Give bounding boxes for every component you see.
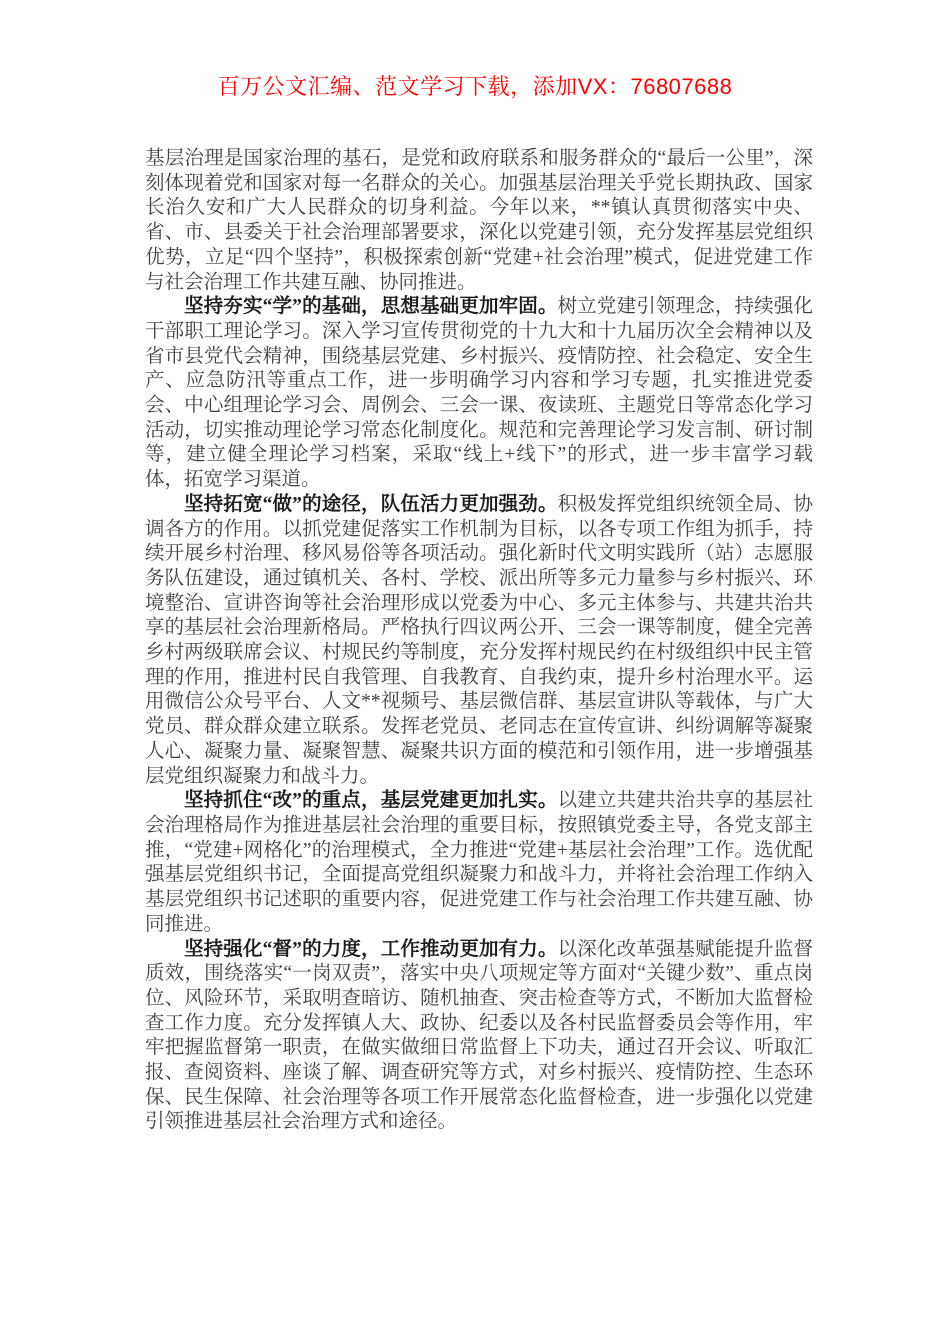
promo-banner-text: 百万公文汇编、范文学习下载，添加VX：76807688: [0, 70, 950, 101]
paragraph-text: 以深化改革强基赋能提升监督质效，围绕落实“一岗双责”，落实中央八项规定等方面对“…: [145, 939, 813, 1133]
paragraph-text: 以建立共建共治共享的基层社会治理格局作为推进基层社会治理的重要目标，按照镇党委主…: [145, 790, 813, 935]
paragraph-supervise: 坚持强化“督”的力度，工作推动更加有力。以深化改革强基赋能提升监督质效，围绕落实…: [145, 938, 813, 1136]
document-body: 基层治理是国家治理的基石，是党和政府联系和服务群众的“最后一公里”，深刻体现着党…: [145, 147, 813, 1135]
paragraph-learn: 坚持夯实“学”的基础，思想基础更加牢固。树立党建引领理念，持续强化干部职工理论学…: [145, 295, 813, 493]
paragraph-text: 树立党建引领理念，持续强化干部职工理论学习。深入学习宣传贯彻党的十九大和十九届历…: [145, 296, 813, 490]
paragraph-do: 坚持拓宽“做”的途径，队伍活力更加强劲。积极发挥党组织统领全局、协调各方的作用。…: [145, 493, 813, 789]
document-page: 百万公文汇编、范文学习下载，添加VX：76807688 基层治理是国家治理的基石…: [0, 0, 950, 1344]
paragraph-lead: 坚持抓住“改”的重点，基层党建更加扎实。: [184, 790, 558, 811]
paragraph-intro: 基层治理是国家治理的基石，是党和政府联系和服务群众的“最后一公里”，深刻体现着党…: [145, 147, 813, 295]
paragraph-lead: 坚持强化“督”的力度，工作推动更加有力。: [184, 939, 558, 960]
paragraph-lead: 坚持夯实“学”的基础，思想基础更加牢固。: [184, 296, 558, 317]
paragraph-text: 积极发挥党组织统领全局、协调各方的作用。以抓党建促落实工作机制为目标，以各专项工…: [145, 494, 813, 787]
paragraph-text: 基层治理是国家治理的基石，是党和政府联系和服务群众的“最后一公里”，深刻体现着党…: [145, 148, 813, 293]
paragraph-lead: 坚持拓宽“做”的途径，队伍活力更加强劲。: [184, 494, 558, 515]
paragraph-reform: 坚持抓住“改”的重点，基层党建更加扎实。以建立共建共治共享的基层社会治理格局作为…: [145, 789, 813, 937]
